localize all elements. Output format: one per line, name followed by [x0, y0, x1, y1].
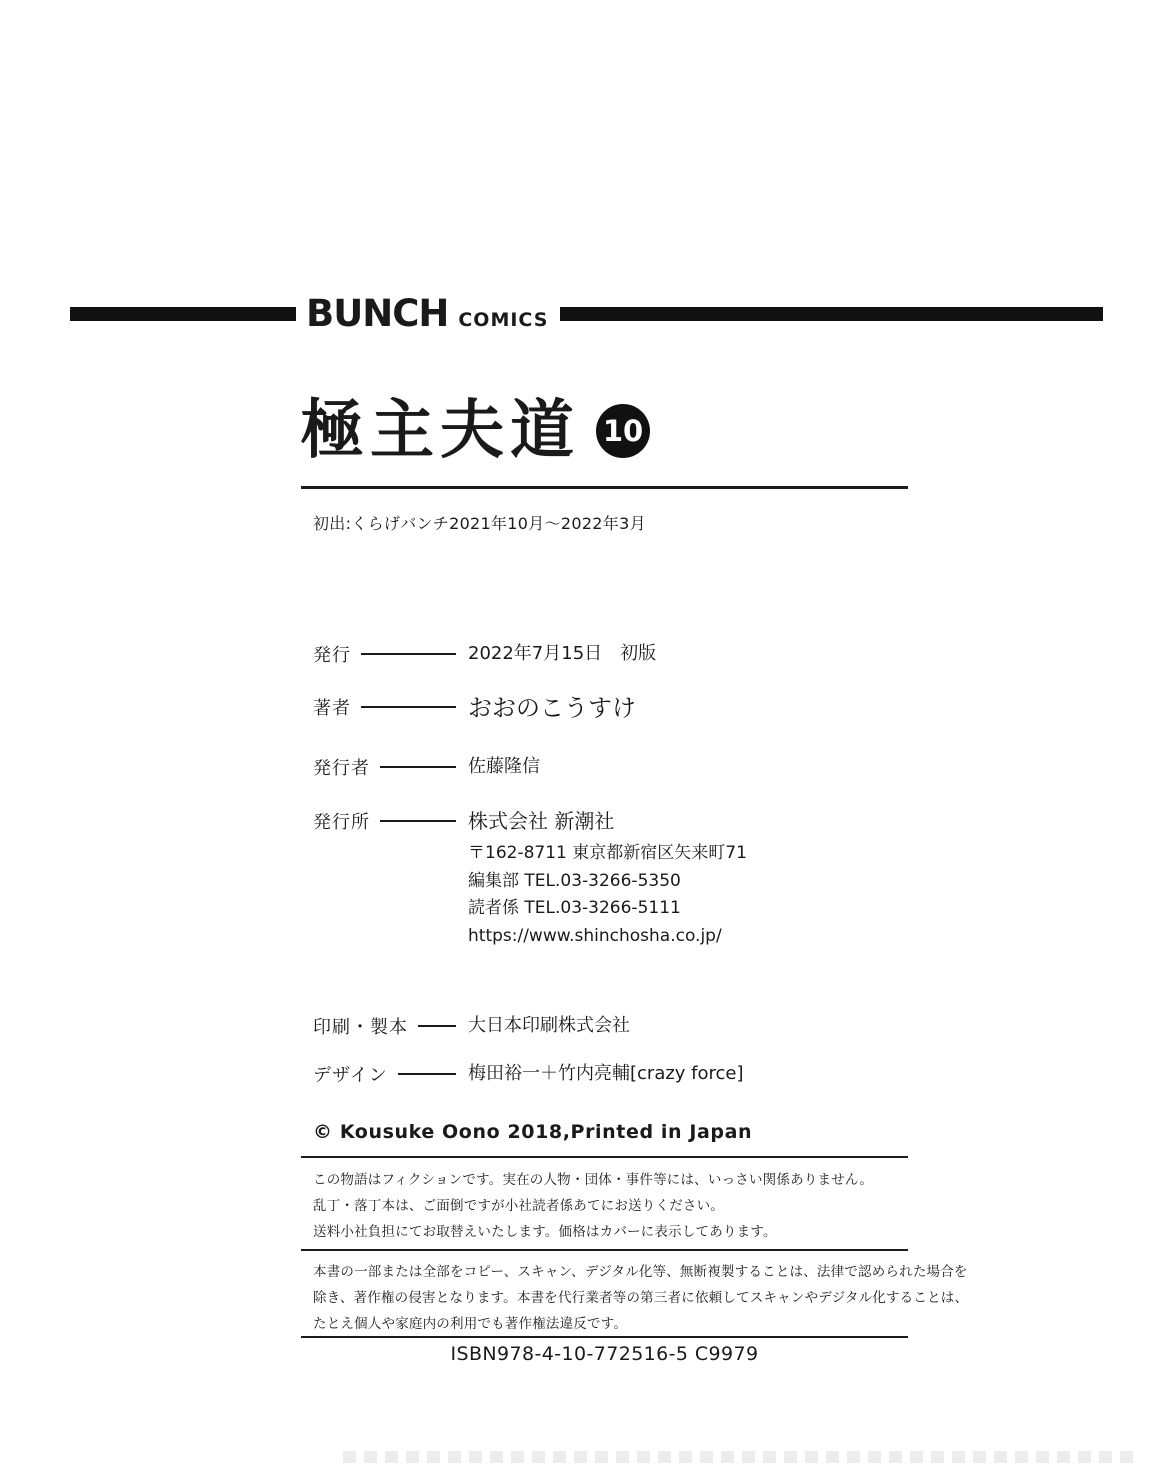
design-value: 梅田裕一＋竹内亮輔[crazy force] — [468, 1061, 909, 1087]
brand-comics-label: COMICS — [458, 311, 548, 330]
notice-divider-top — [301, 1156, 908, 1158]
leader-line — [398, 1073, 456, 1075]
publisher-person-label: 発行者 — [313, 754, 370, 780]
editorial-phone: 編集部 TEL.03-3266-5350 — [468, 868, 909, 896]
fiction-notice-line: 乱丁・落丁本は、ご面倒ですが小社読者係あてにお送りください。 — [313, 1193, 913, 1219]
copyright-law-notice-line: たとえ個人や家庭内の利用でも著作権法違反です。 — [313, 1311, 913, 1337]
colophon-page: BUNCH COMICS 極主夫道 10 初出:くらげバンチ2021年10月～2… — [0, 0, 1173, 1465]
publisher-person-value: 佐藤隆信 — [468, 754, 909, 780]
copyright-law-notice: 本書の一部または全部をコピー、スキャン、デジタル化等、無断複製することは、法律で… — [313, 1259, 913, 1337]
publisher-address: 〒162-8711 東京都新宿区矢来町71 — [468, 840, 909, 868]
brand-bunch-label: BUNCH — [306, 295, 448, 332]
fiction-notice-line: この物語はフィクションです。実在の人物・団体・事件等には、いっさい関係ありません… — [313, 1167, 913, 1193]
publish-label: 発行 — [313, 641, 351, 667]
notice-divider-middle — [301, 1249, 908, 1251]
volume-number: 10 — [603, 414, 643, 448]
book-title-text: 極主夫道 — [300, 396, 580, 466]
volume-number-badge: 10 — [596, 404, 650, 458]
publisher-company-label: 発行所 — [313, 808, 370, 834]
publisher-company-value: 株式会社 新潮社 — [468, 809, 614, 833]
leader-line — [380, 820, 456, 822]
copyright-law-notice-line: 本書の一部または全部をコピー、スキャン、デジタル化等、無断複製することは、法律で… — [313, 1259, 913, 1285]
leader-line — [418, 1025, 456, 1027]
author-label: 著者 — [313, 694, 351, 720]
copyright-line: © Kousuke Oono 2018,Printed in Japan — [313, 1121, 752, 1143]
serialization-note: 初出:くらげバンチ2021年10月～2022年3月 — [313, 511, 646, 534]
colophon-row-publisher-person: 発行者 佐藤隆信 — [313, 754, 909, 780]
publisher-contact-block: 〒162-8711 東京都新宿区矢来町71 編集部 TEL.03-3266-53… — [468, 840, 909, 950]
book-title: 極主夫道 10 — [300, 396, 650, 466]
publish-value: 2022年7月15日 初版 — [468, 641, 909, 667]
readers-phone: 読者係 TEL.03-3266-5111 — [468, 895, 909, 923]
colophon-row-design: デザイン 梅田裕一＋竹内亮輔[crazy force] — [313, 1061, 909, 1087]
printing-value: 大日本印刷株式会社 — [468, 1013, 909, 1039]
colophon-row-publisher-company: 発行所 株式会社 新潮社 〒162-8711 東京都新宿区矢来町71 編集部 T… — [313, 808, 909, 950]
bunch-comics-logo: BUNCH COMICS — [70, 295, 1103, 332]
colophon-row-author: 著者 おおのこうすけ — [313, 694, 909, 722]
leader-line — [380, 766, 456, 768]
copyright-law-notice-line: 除き、著作権の侵害となります。本書を代行業者等の第三者に依頼してスキャンやデジタ… — [313, 1285, 913, 1311]
isbn-code: ISBN978-4-10-772516-5 C9979 — [301, 1343, 908, 1365]
faded-print-artifact — [343, 1451, 1135, 1463]
design-label: デザイン — [313, 1061, 388, 1087]
isbn-divider — [301, 1336, 908, 1338]
leader-line — [361, 706, 456, 708]
fiction-notice-line: 送料小社負担にてお取替えいたします。価格はカバーに表示してあります。 — [313, 1219, 913, 1245]
publisher-website: https://www.shinchosha.co.jp/ — [468, 923, 909, 951]
logo-left-bar — [70, 307, 296, 321]
author-value: おおのこうすけ — [468, 694, 909, 722]
colophon-row-printing: 印刷・製本 大日本印刷株式会社 — [313, 1013, 909, 1039]
logo-right-bar — [560, 307, 1103, 321]
colophon-row-publish: 発行 2022年7月15日 初版 — [313, 641, 909, 667]
brand-text: BUNCH COMICS — [306, 295, 548, 332]
title-divider — [301, 486, 908, 489]
leader-line — [361, 653, 456, 655]
fiction-notice: この物語はフィクションです。実在の人物・団体・事件等には、いっさい関係ありません… — [313, 1167, 913, 1245]
printing-label: 印刷・製本 — [313, 1013, 408, 1039]
